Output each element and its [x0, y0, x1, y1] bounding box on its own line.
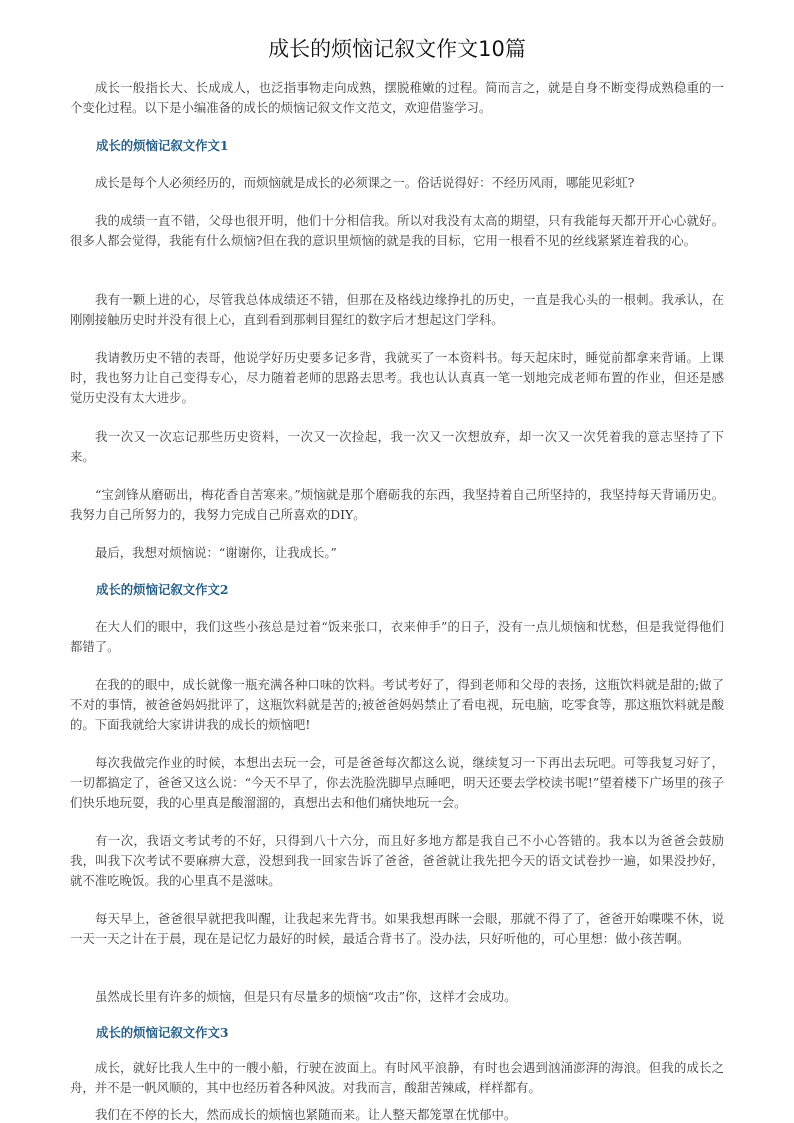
essay-1-paragraph-4: 我请教历史不错的表哥，他说学好历史要多记多背，我就买了一本资料书。每天起床时，睡…	[70, 348, 724, 408]
essay-2-paragraph-1: 在大人们的眼中，我们这些小孩总是过着“饭来张口，衣来伸手”的日子，没有一点儿烦恼…	[70, 617, 724, 657]
essay-3-paragraph-1: 成长，就好比我人生中的一艘小船，行驶在波面上。有时风平浪静，有时也会遇到汹涌澎湃…	[70, 1058, 724, 1098]
document-title: 成长的烦恼记叙文作文10篇	[0, 33, 794, 63]
essay-1-paragraph-6: “宝剑锋从磨砺出，梅花香自苦寒来。”烦恼就是那个磨砺我的东西，我坚持着自己所坚持…	[70, 485, 724, 525]
essay-1-paragraph-1: 成长是每个人必须经历的，而烦恼就是成长的必须课之一。俗话说得好：不经历风雨，哪能…	[70, 173, 724, 193]
essay-1-paragraph-2: 我的成绩一直不错，父母也很开明，他们十分相信我。所以对我没有太高的期望，只有我能…	[70, 211, 724, 251]
essay-1-paragraph-3: 我有一颗上进的心，尽管我总体成绩还不错，但那在及格线边缘挣扎的历史，一直是我心头…	[70, 290, 724, 330]
essay-2-paragraph-2: 在我的的眼中，成长就像一瓶充满各种口味的饮料。考试考好了，得到老师和父母的表扬，…	[70, 675, 724, 735]
essay-1-paragraph-7: 最后，我想对烦恼说：“谢谢你，让我成长。”	[70, 543, 724, 563]
essay-3-heading: 成长的烦恼记叙文作文3	[96, 1023, 229, 1043]
essay-2-paragraph-3: 每次我做完作业的时候，本想出去玩一会，可是爸爸每次都这么说，继续复习一下再出去玩…	[70, 753, 724, 813]
essay-1-paragraph-5: 我一次又一次忘记那些历史资料，一次又一次捡起，我一次又一次想放弃，却一次又一次凭…	[70, 427, 724, 467]
essay-2-paragraph-5: 每天早上，爸爸很早就把我叫醒，让我起来先背书。如果我想再眯一会眼，那就不得了了，…	[70, 909, 724, 949]
essay-1-heading: 成长的烦恼记叙文作文1	[96, 136, 229, 156]
essay-2-paragraph-6: 虽然成长里有许多的烦恼，但是只有尽量多的烦恼“攻击”你，这样才会成功。	[70, 987, 724, 1007]
document-page: 成长的烦恼记叙文作文10篇 成长一般指长大、长成成人，也泛指事物走向成熟，摆脱稚…	[0, 0, 794, 1123]
intro-paragraph: 成长一般指长大、长成成人，也泛指事物走向成熟，摆脱稚嫩的过程。简而言之，就是自身…	[70, 78, 724, 118]
essay-3-paragraph-2: 我们在不停的长大，然而成长的烦恼也紧随而来。让人整天都笼罩在忧郁中。	[70, 1105, 724, 1123]
essay-2-paragraph-4: 有一次，我语文考试考的不好，只得到八十六分，而且好多地方都是我自己不小心答错的。…	[70, 831, 724, 891]
essay-2-heading: 成长的烦恼记叙文作文2	[96, 580, 229, 600]
